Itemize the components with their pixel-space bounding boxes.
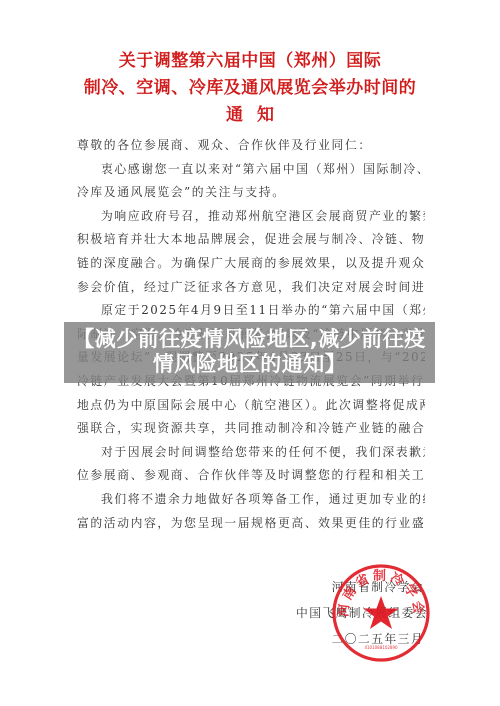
body-line: 位参展商、参观商、合作伙伴等及时调整您的行程和相关工作计划。 bbox=[77, 464, 425, 488]
headline-line-2: 情风险地区的通知】 bbox=[64, 352, 435, 377]
body-line: 对于因展会时间调整给您带来的任何不便，我们深表歉意。请各 bbox=[77, 441, 425, 465]
body-line: 积极培育并壮大本地品牌展会，促进会展与制冷、冷链、物流全产业 bbox=[77, 228, 425, 252]
headline-banner-title: 【减少前往疫情风险地区,减少前往疫 情风险地区的通知】 bbox=[64, 322, 435, 377]
document-title-line-2: 制冷、空调、冷库及通风展览会举办时间的 bbox=[0, 73, 500, 98]
body-line: 强联合，实现资源共享，共同推动制冷和冷链产业链的融合发展。 bbox=[77, 417, 425, 441]
headline-line-1: 【减少前往疫情风险地区,减少前往疫 bbox=[64, 327, 435, 352]
official-seal-stamp: 河南省制冷学会 4101088102890 bbox=[331, 563, 431, 663]
body-line: 参会价值，经过广泛征求各方意见，我们决定对展会时间进行调整： bbox=[77, 276, 425, 300]
document-title-line-1: 关于调整第六届中国（郑州）国际 bbox=[0, 46, 500, 71]
headline-banner: 【减少前往疫情风险地区,减少前往疫 情风险地区的通知】 bbox=[64, 322, 435, 383]
body-line: 地点仍为中原国际会展中心（航空港区）。此次调整将促成两会的强 bbox=[77, 394, 425, 418]
body-line: 冷库及通风展览会”的关注与支持。 bbox=[77, 181, 425, 205]
body-line: 富的活动内容，为您呈现一届规格更高、效果更佳的行业盛会！ bbox=[77, 512, 425, 536]
body-line: 原定于2025年4月9日至11日举办的“第六届中国（郑州）国 bbox=[77, 299, 425, 323]
document-title-line-3: 通知 bbox=[0, 100, 500, 125]
svg-text:4101088102890: 4101088102890 bbox=[364, 645, 398, 650]
body-line: 链的深度融合。为确保广大展商的参展效果，以及提升观众的参观和 bbox=[77, 252, 425, 276]
body-line: 衷心感谢您一直以来对“第六届中国（郑州）国际制冷、空调、 bbox=[77, 158, 425, 182]
star-icon bbox=[364, 596, 399, 629]
salutation: 尊敬的各位参展商、观众、合作伙伴及行业同仁： bbox=[77, 134, 425, 158]
body-line: 为响应政府号召，推动郑州航空港区会展商贸产业的繁荣发展， bbox=[77, 205, 425, 229]
body-line: 我们将不遗余力地做好各项筹备工作，通过更加专业的组织和更加丰 bbox=[77, 488, 425, 512]
